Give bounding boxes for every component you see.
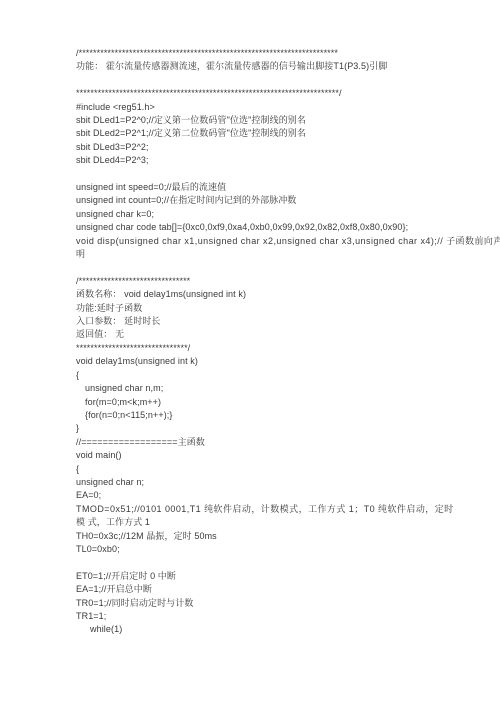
code-line: unsigned char k=0; [76,208,442,221]
code-line-blank [76,261,442,274]
code-line: EA=1;//开启总中断 [76,583,442,596]
code-line: TL0=0xb0; [76,543,442,556]
document-page: /***************************************… [0,0,500,707]
code-line: sbit DLed3=P2^2; [76,141,442,154]
code-line: TH0=0x3c;//12M 晶振，定时 50ms [76,530,442,543]
code-line: TR1=1; [76,610,442,623]
code-line-blank [76,556,442,569]
code-line: 函数名称： void delay1ms(unsigned int k) [76,288,442,301]
code-line: *******************************/ [76,342,442,355]
code-line: unsigned int count=0;//在指定时间内记到的外部脉冲数 [76,194,442,207]
code-line: #include <reg51.h> [76,101,442,114]
code-line: 返回值： 无 [76,328,442,341]
code-line: void main() [76,449,442,462]
code-line: { [76,369,442,382]
code-line: EA=0; [76,489,442,502]
code-line: TR0=1;//同时启动定时与计数 [76,597,442,610]
code-line: unsigned char n; [76,476,442,489]
code-line: while(1) [76,623,442,636]
code-line: unsigned int speed=0;//最后的流速值 [76,181,442,194]
code-line: TMOD=0x51;//0101 0001,T1 纯软件启动，计数模式，工作方式… [76,503,442,516]
code-line: ET0=1;//开启定时 0 中断 [76,570,442,583]
code-line: 功能： 霍尔流量传感器测流速，霍尔流量传感器的信号输出脚接T1(P3.5)引脚 [76,60,442,73]
code-line: void delay1ms(unsigned int k) [76,355,442,368]
code-line: } [76,422,442,435]
code-line: sbit DLed2=P2^1;//定义第二位数码管"位选"控制线的别名 [76,127,442,140]
code-line: ****************************************… [76,87,442,100]
code-line: 入口参数： 延时时长 [76,315,442,328]
code-line-blank [76,74,442,87]
code-line: sbit DLed4=P2^3; [76,154,442,167]
code-line: unsigned char code tab[]={0xc0,0xf9,0xa4… [76,221,442,234]
code-line: /***************************************… [76,47,442,60]
code-line: //==================主函数 [76,436,442,449]
code-line: 明 [76,248,442,261]
code-line: unsigned char n,m; [76,382,442,395]
code-document: /***************************************… [76,47,442,637]
code-line: for(m=0;m<k;m++) [76,396,442,409]
code-line: 模 式，工作方式 1 [76,516,442,529]
code-line: void disp(unsigned char x1,unsigned char… [76,235,442,248]
code-line: {for(n=0;n<115;n++);} [76,409,442,422]
code-line: sbit DLed1=P2^0;//定义第一位数码管"位选"控制线的别名 [76,114,442,127]
code-line: { [76,463,442,476]
code-line-blank [76,168,442,181]
code-line: /******************************* [76,275,442,288]
code-line: 功能:延时子函数 [76,302,442,315]
